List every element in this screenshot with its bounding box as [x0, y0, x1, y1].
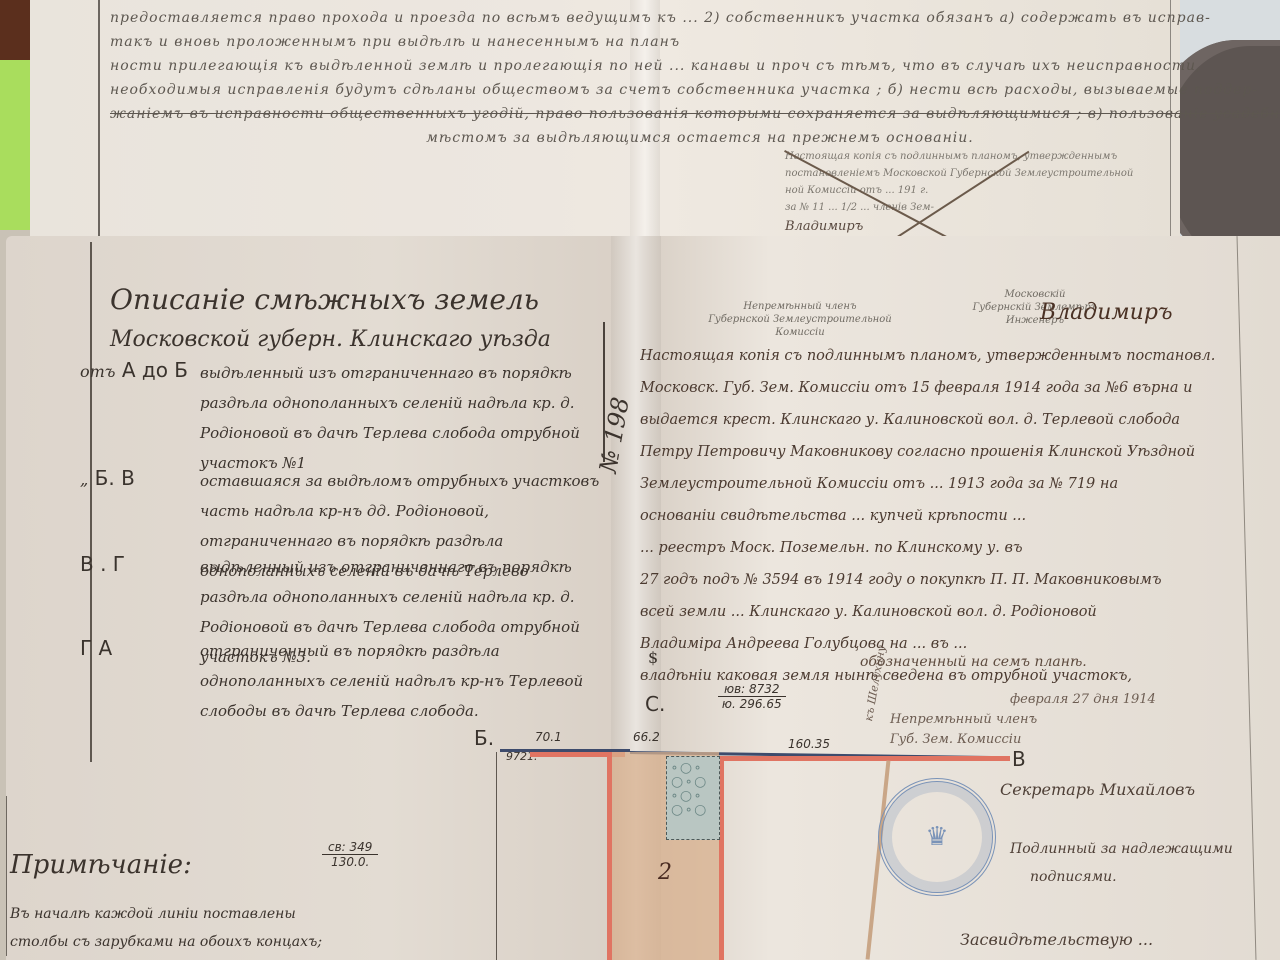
official-label: Губернской Землеустроительной — [700, 313, 900, 326]
official-label: Комиссіи — [700, 326, 900, 339]
signoff-block: февраля 27 дня 1914 Непремѣнный членъ Гу… — [870, 690, 1156, 750]
note-line: подписями. — [1010, 863, 1233, 891]
section-label: Г А — [80, 636, 112, 660]
official-seal: ♛ — [878, 778, 996, 896]
printed-line: необходимыя исправленія будутъ сдѣланы о… — [110, 78, 1170, 102]
margin-rule-left — [98, 0, 100, 240]
cert-line: ... реестръ Моск. Поземельн. по Клинском… — [640, 532, 1230, 564]
parcel-number: 2 — [658, 860, 672, 885]
printed-line: жаніемъ въ исправности общественныхъ уго… — [110, 102, 1170, 126]
handwritten-certification-text: Настоящая копія съ подлиннымъ планомъ, у… — [640, 340, 1230, 692]
note-text: Въ началѣ каждой линіи поставлены столбы… — [10, 900, 322, 956]
cert-line: 27 годъ подъ № 3594 въ 1914 году о покуп… — [640, 564, 1230, 596]
section-label: А до Б — [122, 358, 188, 382]
double-headed-eagle-icon: ♛ — [925, 822, 948, 852]
title-line-2: Московской губерн. Клинскаго уѣзда — [110, 320, 551, 360]
closing-line: обозначенный на семъ планѣ. — [860, 648, 1087, 676]
margin-rule-right — [1237, 236, 1257, 960]
section-label: Б. В — [95, 466, 135, 490]
area-fraction-top: юв: 8732 ю. 296.65 — [718, 682, 786, 711]
marsh-symbols-icon: ∘○∘○∘○∘○∘○∘○ — [667, 757, 719, 821]
official-label: Непремѣнный членъ — [700, 300, 900, 313]
printed-line: предоставляется право прохода и проезда … — [110, 6, 1170, 30]
boundary-section-a-b: отъ А до Б выдѣленный изъ отграниченнаго… — [80, 358, 600, 478]
cert-line: выдается крест. Клинскаго у. Калиновской… — [640, 404, 1230, 436]
section-prefix: „ — [80, 470, 88, 489]
title-line-1: Описаніе смѣжныхъ земель — [110, 283, 539, 316]
cert-line: Землеустроительной Комиссіи отъ ... 1913… — [640, 468, 1230, 500]
fraction-denominator: 130.0. — [322, 855, 378, 869]
section-text: отграниченный въ порядкѣ раздѣла однопол… — [200, 636, 600, 726]
cert-line: всей земли ... Клинскаго у. Калиновской … — [640, 596, 1230, 628]
original-signed-note: Подлинный за надлежащими подписями. — [1010, 835, 1233, 891]
point-label-v: В — [1012, 747, 1026, 771]
section-text: выдѣленный изъ отграниченнаго въ порядкѣ… — [200, 358, 600, 478]
cert-line: Настоящая копія съ подлиннымъ планомъ, у… — [640, 340, 1230, 372]
note-title: Примѣчаніе: — [10, 850, 192, 880]
printed-line: такъ и вновь проложеннымъ при выдѣлѣ и н… — [110, 30, 1170, 54]
cert-line: Настоящая копія съ подлиннымъ планомъ, у… — [785, 148, 1145, 165]
cert-line: Московск. Губ. Зем. Комиссіи отъ 15 февр… — [640, 372, 1230, 404]
area-fraction-left: св: 349 130.0. — [322, 840, 378, 869]
cert-signature: Владимиръ — [785, 218, 1145, 235]
margin-rule-left — [6, 796, 7, 956]
cert-line: основаніи свидѣтельства ... купчей крѣпо… — [640, 500, 1230, 532]
note-line: Въ началѣ каждой линіи поставлены — [10, 900, 322, 928]
measurement-label: 66.2 — [633, 730, 660, 744]
section-label: В . Г — [80, 552, 125, 576]
note-line: Подлинный за надлежащими — [1010, 835, 1233, 863]
document-title: Описаніе смѣжныхъ земель Московской губе… — [110, 280, 551, 360]
note-line: столбы съ зарубками на обоихъ концахъ; — [10, 928, 322, 956]
section-prefix: отъ — [80, 362, 115, 381]
printed-terms-text: предоставляется право прохода и проезда … — [110, 6, 1170, 150]
secretary-signature: Секретарь Михайловъ — [1000, 780, 1195, 799]
measurement-label: 160.35 — [788, 737, 830, 751]
fraction-numerator: св: 349 — [322, 840, 378, 855]
point-label-c: С. — [645, 692, 665, 716]
measurement-label: 70.1 — [535, 730, 562, 744]
cert-line: Петру Петровичу Маковникову согласно про… — [640, 436, 1230, 468]
fraction-numerator: юв: 8732 — [718, 682, 786, 697]
fraction-denominator: ю. 296.65 — [718, 697, 786, 711]
cert-line: за № 11 ... 1/2 ... членів Зем- — [785, 199, 1145, 216]
attestation-partial: Засвидѣтельствую ... — [960, 930, 1153, 949]
signer-line: Непремѣнный членъ — [870, 710, 1156, 730]
parcel-border — [722, 756, 1010, 761]
closing-statement: обозначенный на семъ планѣ. — [860, 648, 1087, 676]
plan-border-line — [496, 752, 497, 960]
point-label-b: Б. — [474, 726, 494, 750]
date-line: февраля 27 дня 1914 — [870, 690, 1156, 710]
wetland-area: ∘○∘○∘○∘○∘○∘○ — [666, 756, 720, 840]
printed-line: мѣстомъ за выдѣляющимся остается на преж… — [110, 126, 1170, 150]
engineer-signature: Владимиръ — [1040, 300, 1173, 325]
printed-line: ности прилегающія къ выдѣленной землѣ и … — [110, 54, 1170, 78]
north-arrow-icon: $ — [648, 648, 658, 667]
boundary-section-g-a: Г А отграниченный въ порядкѣ раздѣла одн… — [80, 636, 600, 726]
